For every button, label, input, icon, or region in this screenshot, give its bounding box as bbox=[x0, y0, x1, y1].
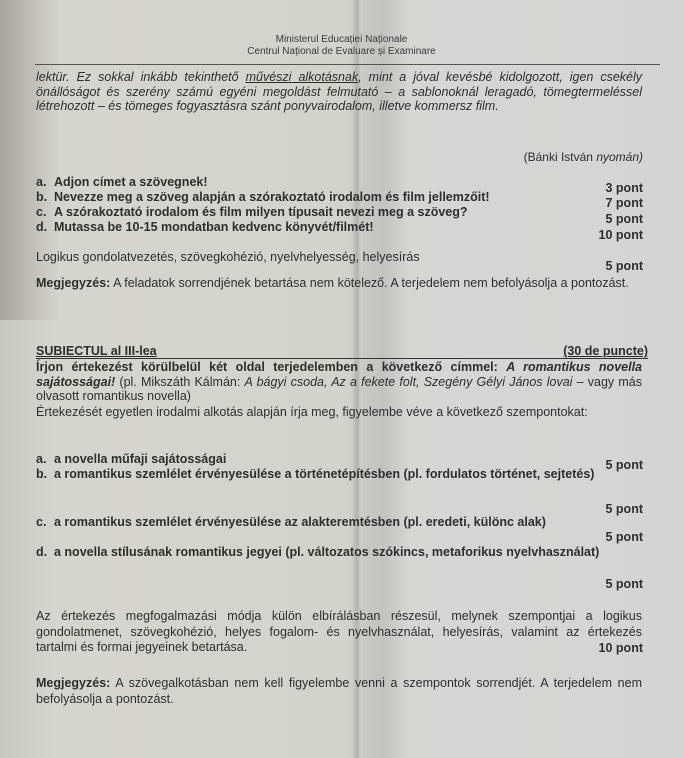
document-header: Ministerul Educației Naționale Centrul N… bbox=[0, 34, 683, 58]
essay-instruction: Értekezését egyetlen irodalmi alkotás al… bbox=[36, 404, 642, 420]
header-divider bbox=[35, 64, 660, 65]
criterion-a: a.a novella műfaji sajátosságai bbox=[36, 452, 642, 466]
intro-paragraph: lektür. Ez sokkal inkább tekinthető művé… bbox=[36, 70, 642, 114]
subject-3-points: (30 de puncte) bbox=[563, 344, 648, 358]
style-points: 10 pont bbox=[599, 641, 643, 655]
task-d: d.Mutassa be 10-15 mondatban kedvenc kön… bbox=[36, 220, 642, 234]
source-citation: (Bánki István nyomán) bbox=[524, 150, 643, 164]
criterion-d: d.a novella stílusának romantikus jegyei… bbox=[36, 545, 640, 560]
subject-3-title: SUBIECTUL al III-lea bbox=[36, 344, 157, 358]
ministry-name: Ministerul Educației Naționale bbox=[0, 34, 683, 46]
note-2: Megjegyzés: A szövegalkotásban nem kell … bbox=[36, 675, 642, 707]
style-evaluation: Az értekezés megfogalmazási módja külön … bbox=[36, 609, 642, 656]
center-name: Centrul Național de Evaluare și Examinar… bbox=[0, 46, 683, 58]
criterion-b: b.a romantikus szemlélet érvényesülése a… bbox=[36, 467, 640, 482]
logic-criteria: Logikus gondolatvezetés, szövegkohézió, … bbox=[36, 250, 642, 264]
task-b: b.Nevezze meg a szöveg alapján a szórako… bbox=[36, 190, 642, 204]
subject-3-heading: SUBIECTUL al III-lea (30 de puncte) bbox=[36, 344, 648, 359]
task-a: a.Adjon címet a szövegnek! bbox=[36, 175, 642, 189]
criterion-d-points: 5 pont bbox=[606, 577, 644, 591]
task-c: c.A szórakoztató irodalom és film milyen… bbox=[36, 205, 642, 219]
criterion-c: c.a romantikus szemlélet érvényesülése a… bbox=[36, 515, 642, 529]
note-1: Megjegyzés: A feladatok sorrendjének bet… bbox=[36, 276, 642, 291]
criterion-b-points: 5 pont bbox=[606, 502, 644, 516]
criterion-c-points: 5 pont bbox=[606, 530, 644, 544]
essay-prompt: Írjon értekezést körülbelül két oldal te… bbox=[36, 360, 642, 404]
task-d-points: 10 pont bbox=[599, 228, 643, 242]
underlined-phrase: művészi alkotásnak bbox=[246, 70, 359, 84]
logic-points: 5 pont bbox=[606, 259, 644, 273]
